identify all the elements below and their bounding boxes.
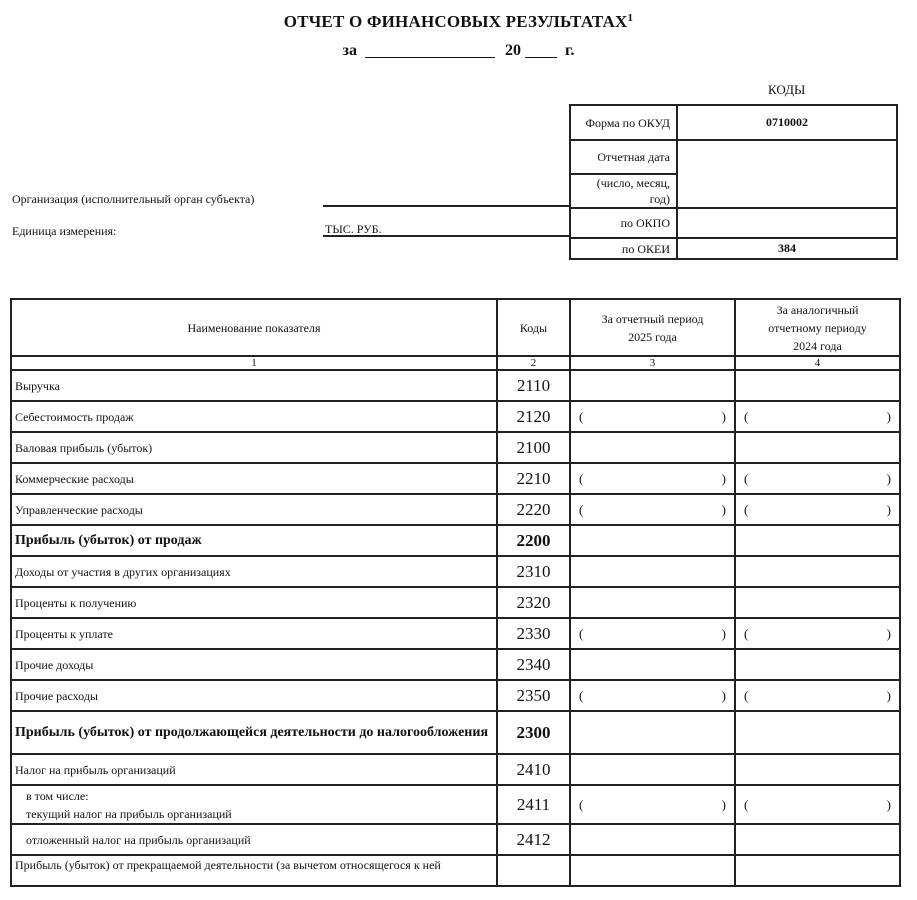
indicator-code: 2120 (497, 401, 570, 432)
close-paren: ) (722, 502, 726, 518)
indicator-code: 2350 (497, 680, 570, 711)
previous-period-value[interactable]: () (735, 463, 900, 494)
close-paren: ) (887, 797, 891, 813)
indicator-name: Доходы от участия в других организациях (11, 556, 497, 587)
organization-label: Организация (исполнительный орган субъек… (12, 192, 254, 207)
okud-label: Форма по ОКУД (570, 105, 677, 140)
current-period-value[interactable] (570, 824, 735, 855)
okud-value[interactable]: 0710002 (677, 105, 897, 140)
indicator-code: 2200 (497, 525, 570, 556)
open-paren: ( (744, 797, 748, 813)
okpo-label: по ОКПО (570, 208, 677, 238)
previous-period-value[interactable] (735, 587, 900, 618)
current-period-value[interactable] (570, 754, 735, 785)
previous-period-value[interactable] (735, 432, 900, 463)
codes-table: Форма по ОКУД 0710002 Отчетная дата (чис… (569, 104, 898, 260)
table-header-row: Наименование показателя Коды За отчетный… (11, 299, 900, 356)
table-row: Прочие доходы2340 (11, 649, 900, 680)
indicator-name: Налог на прибыль организаций (11, 754, 497, 785)
table-row: отложенный налог на прибыль организаций2… (11, 824, 900, 855)
okpo-value[interactable] (677, 208, 897, 238)
previous-period-value[interactable] (735, 855, 900, 886)
indicator-code: 2100 (497, 432, 570, 463)
indicator-code: 2412 (497, 824, 570, 855)
year-suffix: г. (565, 42, 574, 59)
column-number-row: 1 2 3 4 (11, 356, 900, 370)
report-title-text: ОТЧЕТ О ФИНАНСОВЫХ РЕЗУЛЬТАТАХ (284, 12, 628, 31)
report-date-sub-label: (число, месяц, год) (570, 174, 677, 208)
open-paren: ( (744, 502, 748, 518)
year-prefix: 20 (505, 42, 521, 59)
close-paren: ) (887, 688, 891, 704)
indicator-code (497, 855, 570, 886)
current-period-value[interactable]: () (570, 680, 735, 711)
previous-period-value[interactable]: () (735, 401, 900, 432)
open-paren: ( (744, 471, 748, 487)
header-indicator-name: Наименование показателя (11, 299, 497, 356)
table-row: Прибыль (убыток) от продолжающейся деяте… (11, 711, 900, 754)
open-paren: ( (579, 471, 583, 487)
previous-period-value[interactable] (735, 649, 900, 680)
current-period-value[interactable] (570, 556, 735, 587)
financial-results-table: Наименование показателя Коды За отчетный… (10, 298, 901, 887)
column-number-4: 4 (735, 356, 900, 370)
current-period-value[interactable] (570, 370, 735, 401)
indicator-name: отложенный налог на прибыль организаций (11, 824, 497, 855)
codes-caption: КОДЫ (768, 82, 805, 98)
period-field[interactable] (365, 41, 495, 58)
indicator-name: Прочие расходы (11, 680, 497, 711)
close-paren: ) (722, 688, 726, 704)
current-period-value[interactable] (570, 711, 735, 754)
year-field[interactable] (525, 41, 557, 58)
indicator-name: Себестоимость продаж (11, 401, 497, 432)
indicator-name: Управленческие расходы (11, 494, 497, 525)
organization-field[interactable] (323, 205, 569, 207)
indicator-name: Прибыль (убыток) от продолжающейся деяте… (11, 711, 497, 754)
footnote-mark: 1 (628, 12, 634, 24)
unit-label: Единица измерения: (12, 224, 116, 239)
open-paren: ( (579, 626, 583, 642)
header-codes: Коды (497, 299, 570, 356)
previous-period-value[interactable]: () (735, 618, 900, 649)
indicator-code: 2320 (497, 587, 570, 618)
column-number-2: 2 (497, 356, 570, 370)
header-current-period: За отчетный период 2025 года (570, 299, 735, 356)
open-paren: ( (744, 626, 748, 642)
current-period-value[interactable] (570, 855, 735, 886)
open-paren: ( (579, 502, 583, 518)
unit-field-underline (323, 235, 569, 237)
report-date-label: Отчетная дата (570, 140, 677, 174)
current-period-value[interactable] (570, 649, 735, 680)
indicator-name: Валовая прибыль (убыток) (11, 432, 497, 463)
close-paren: ) (887, 409, 891, 425)
report-date-value[interactable] (677, 140, 897, 208)
indicator-name: в том числе: текущий налог на прибыль ор… (11, 785, 497, 824)
previous-period-value[interactable]: () (735, 785, 900, 824)
indicator-code: 2110 (497, 370, 570, 401)
indicator-code: 2210 (497, 463, 570, 494)
indicator-code: 2220 (497, 494, 570, 525)
current-period-value[interactable]: () (570, 401, 735, 432)
table-row: Проценты к получению2320 (11, 587, 900, 618)
indicator-name: Прибыль (убыток) от продаж (11, 525, 497, 556)
current-period-value[interactable]: () (570, 494, 735, 525)
open-paren: ( (579, 797, 583, 813)
open-paren: ( (579, 688, 583, 704)
table-row: Выручка2110 (11, 370, 900, 401)
okei-value[interactable]: 384 (677, 238, 897, 259)
previous-period-value[interactable]: () (735, 680, 900, 711)
indicator-name: Проценты к получению (11, 587, 497, 618)
indicator-code: 2300 (497, 711, 570, 754)
previous-period-value[interactable]: () (735, 494, 900, 525)
table-row: Себестоимость продаж2120()() (11, 401, 900, 432)
report-title: ОТЧЕТ О ФИНАНСОВЫХ РЕЗУЛЬТАТАХ1 (0, 12, 917, 32)
open-paren: ( (579, 409, 583, 425)
previous-period-value[interactable] (735, 754, 900, 785)
close-paren: ) (887, 502, 891, 518)
report-period: за20г. (0, 41, 917, 60)
header-previous-period: За аналогичный отчетному периоду 2024 го… (735, 299, 900, 356)
current-period-value[interactable] (570, 525, 735, 556)
previous-period-value[interactable] (735, 370, 900, 401)
close-paren: ) (722, 471, 726, 487)
indicator-name: Коммерческие расходы (11, 463, 497, 494)
close-paren: ) (887, 471, 891, 487)
previous-period-value[interactable] (735, 824, 900, 855)
table-row: Налог на прибыль организаций2410 (11, 754, 900, 785)
table-row: Валовая прибыль (убыток)2100 (11, 432, 900, 463)
close-paren: ) (887, 626, 891, 642)
indicator-name: Прибыль (убыток) от прекращаемой деятель… (11, 855, 497, 886)
open-paren: ( (744, 688, 748, 704)
indicator-code: 2340 (497, 649, 570, 680)
previous-period-value[interactable] (735, 556, 900, 587)
table-row: Прибыль (убыток) от прекращаемой деятель… (11, 855, 900, 886)
close-paren: ) (722, 409, 726, 425)
indicator-code: 2410 (497, 754, 570, 785)
previous-period-value[interactable] (735, 711, 900, 754)
indicator-code: 2310 (497, 556, 570, 587)
table-row: в том числе: текущий налог на прибыль ор… (11, 785, 900, 824)
indicator-name: Выручка (11, 370, 497, 401)
column-number-1: 1 (11, 356, 497, 370)
indicator-name: Прочие доходы (11, 649, 497, 680)
column-number-3: 3 (570, 356, 735, 370)
table-row: Доходы от участия в других организациях2… (11, 556, 900, 587)
current-period-value[interactable]: () (570, 463, 735, 494)
current-period-value[interactable] (570, 587, 735, 618)
close-paren: ) (722, 626, 726, 642)
current-period-value[interactable] (570, 432, 735, 463)
current-period-value[interactable]: () (570, 618, 735, 649)
current-period-value[interactable]: () (570, 785, 735, 824)
okei-label: по ОКЕИ (570, 238, 677, 259)
table-row: Коммерческие расходы2210()() (11, 463, 900, 494)
indicator-code: 2330 (497, 618, 570, 649)
table-row: Прибыль (убыток) от продаж2200 (11, 525, 900, 556)
period-prefix: за (343, 42, 357, 59)
previous-period-value[interactable] (735, 525, 900, 556)
table-row: Проценты к уплате2330()() (11, 618, 900, 649)
indicator-name: Проценты к уплате (11, 618, 497, 649)
open-paren: ( (744, 409, 748, 425)
table-row: Прочие расходы2350()() (11, 680, 900, 711)
table-row: Управленческие расходы2220()() (11, 494, 900, 525)
indicator-code: 2411 (497, 785, 570, 824)
close-paren: ) (722, 797, 726, 813)
